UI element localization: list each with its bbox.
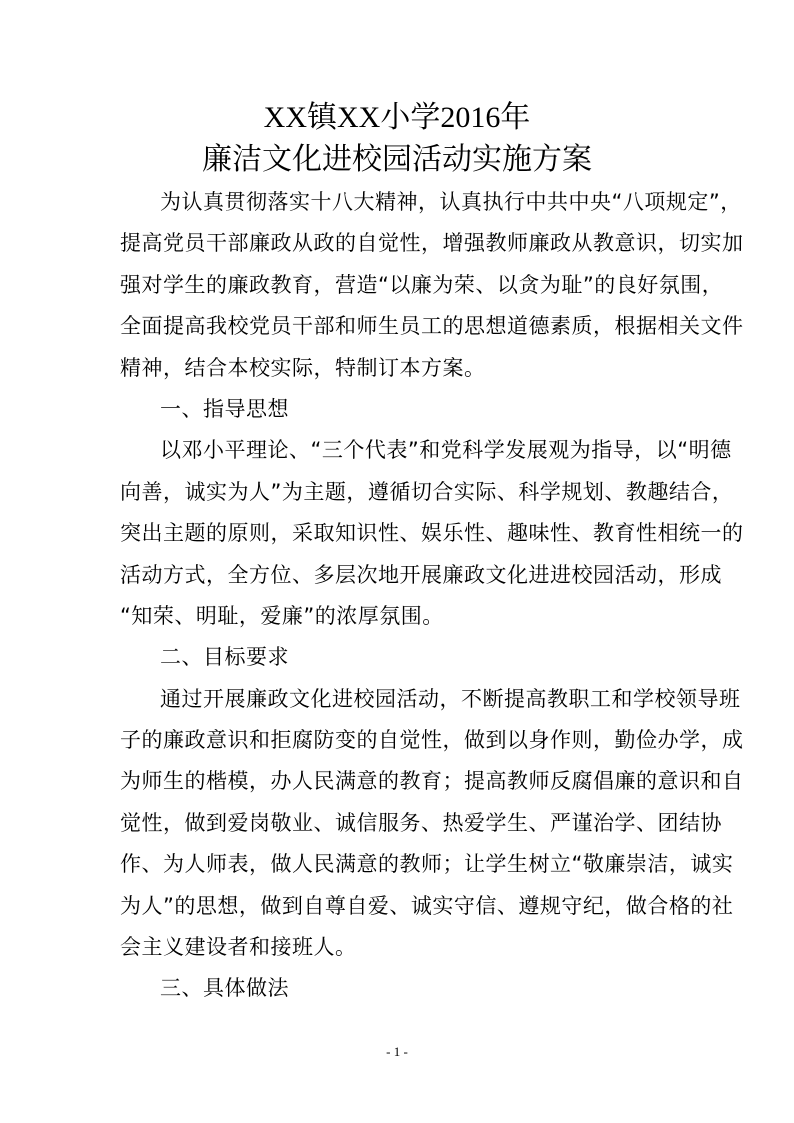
paragraph-line: 为人”的思想，做到自尊自爱、诚实守信、遵规守纪，做合格的社 xyxy=(120,886,676,927)
paragraph-line: 强对学生的廉政教育，营造“以廉为荣、以贪为耻”的良好氛围， xyxy=(120,265,676,306)
paragraph-line: 作、为人师表，做人民满意的教师；让学生树立“敬廉崇洁，诚实 xyxy=(120,844,676,885)
paragraph-line: 提高党员干部廉政从政的自觉性，增强教师廉政从教意识，切实加 xyxy=(120,223,676,264)
paragraph-line: 活动方式，全方位、多层次地开展廉政文化进进校园活动，形成 xyxy=(120,555,676,596)
paragraph-line: 精神，结合本校实际，特制订本方案。 xyxy=(120,348,676,389)
paragraph-line: 为师生的楷模，办人民满意的教育；提高教师反腐倡廉的意识和自 xyxy=(120,761,676,802)
paragraph-line: 觉性，做到爱岗敬业、诚信服务、热爱学生、严谨治学、团结协 xyxy=(120,803,676,844)
document-body: 为认真贯彻落实十八大精神，认真执行中共中央“八项规定”， 提高党员干部廉政从政的… xyxy=(120,182,676,1010)
page-number: - 1 - xyxy=(0,1044,794,1060)
paragraph-line: 以邓小平理论、“三个代表”和党科学发展观为指导，以“明德 xyxy=(120,430,676,471)
document-title-line1: XX镇XX小学2016年 xyxy=(0,100,794,136)
section-heading: 一、指导思想 xyxy=(120,389,676,430)
paragraph-line: 全面提高我校党员干部和师生员工的思想道德素质，根据相关文件 xyxy=(120,306,676,347)
paragraph-line: 通过开展廉政文化进校园活动，不断提高教职工和学校领导班 xyxy=(120,679,676,720)
paragraph-line: 向善，诚实为人”为主题，遵循切合实际、科学规划、教趣结合， xyxy=(120,472,676,513)
paragraph-line: 会主义建设者和接班人。 xyxy=(120,927,676,968)
section-heading: 三、具体做法 xyxy=(120,968,676,1009)
section-heading: 二、目标要求 xyxy=(120,637,676,678)
paragraph-line: “知荣、明耻，爱廉”的浓厚氛围。 xyxy=(120,596,676,637)
paragraph-line: 子的廉政意识和拒腐防变的自觉性，做到以身作则，勤俭办学，成 xyxy=(120,720,676,761)
document-title-line2: 廉洁文化进校园活动实施方案 xyxy=(0,142,794,178)
paragraph-line: 为认真贯彻落实十八大精神，认真执行中共中央“八项规定”， xyxy=(120,182,676,223)
paragraph-line: 突出主题的原则，采取知识性、娱乐性、趣味性、教育性相统一的 xyxy=(120,513,676,554)
